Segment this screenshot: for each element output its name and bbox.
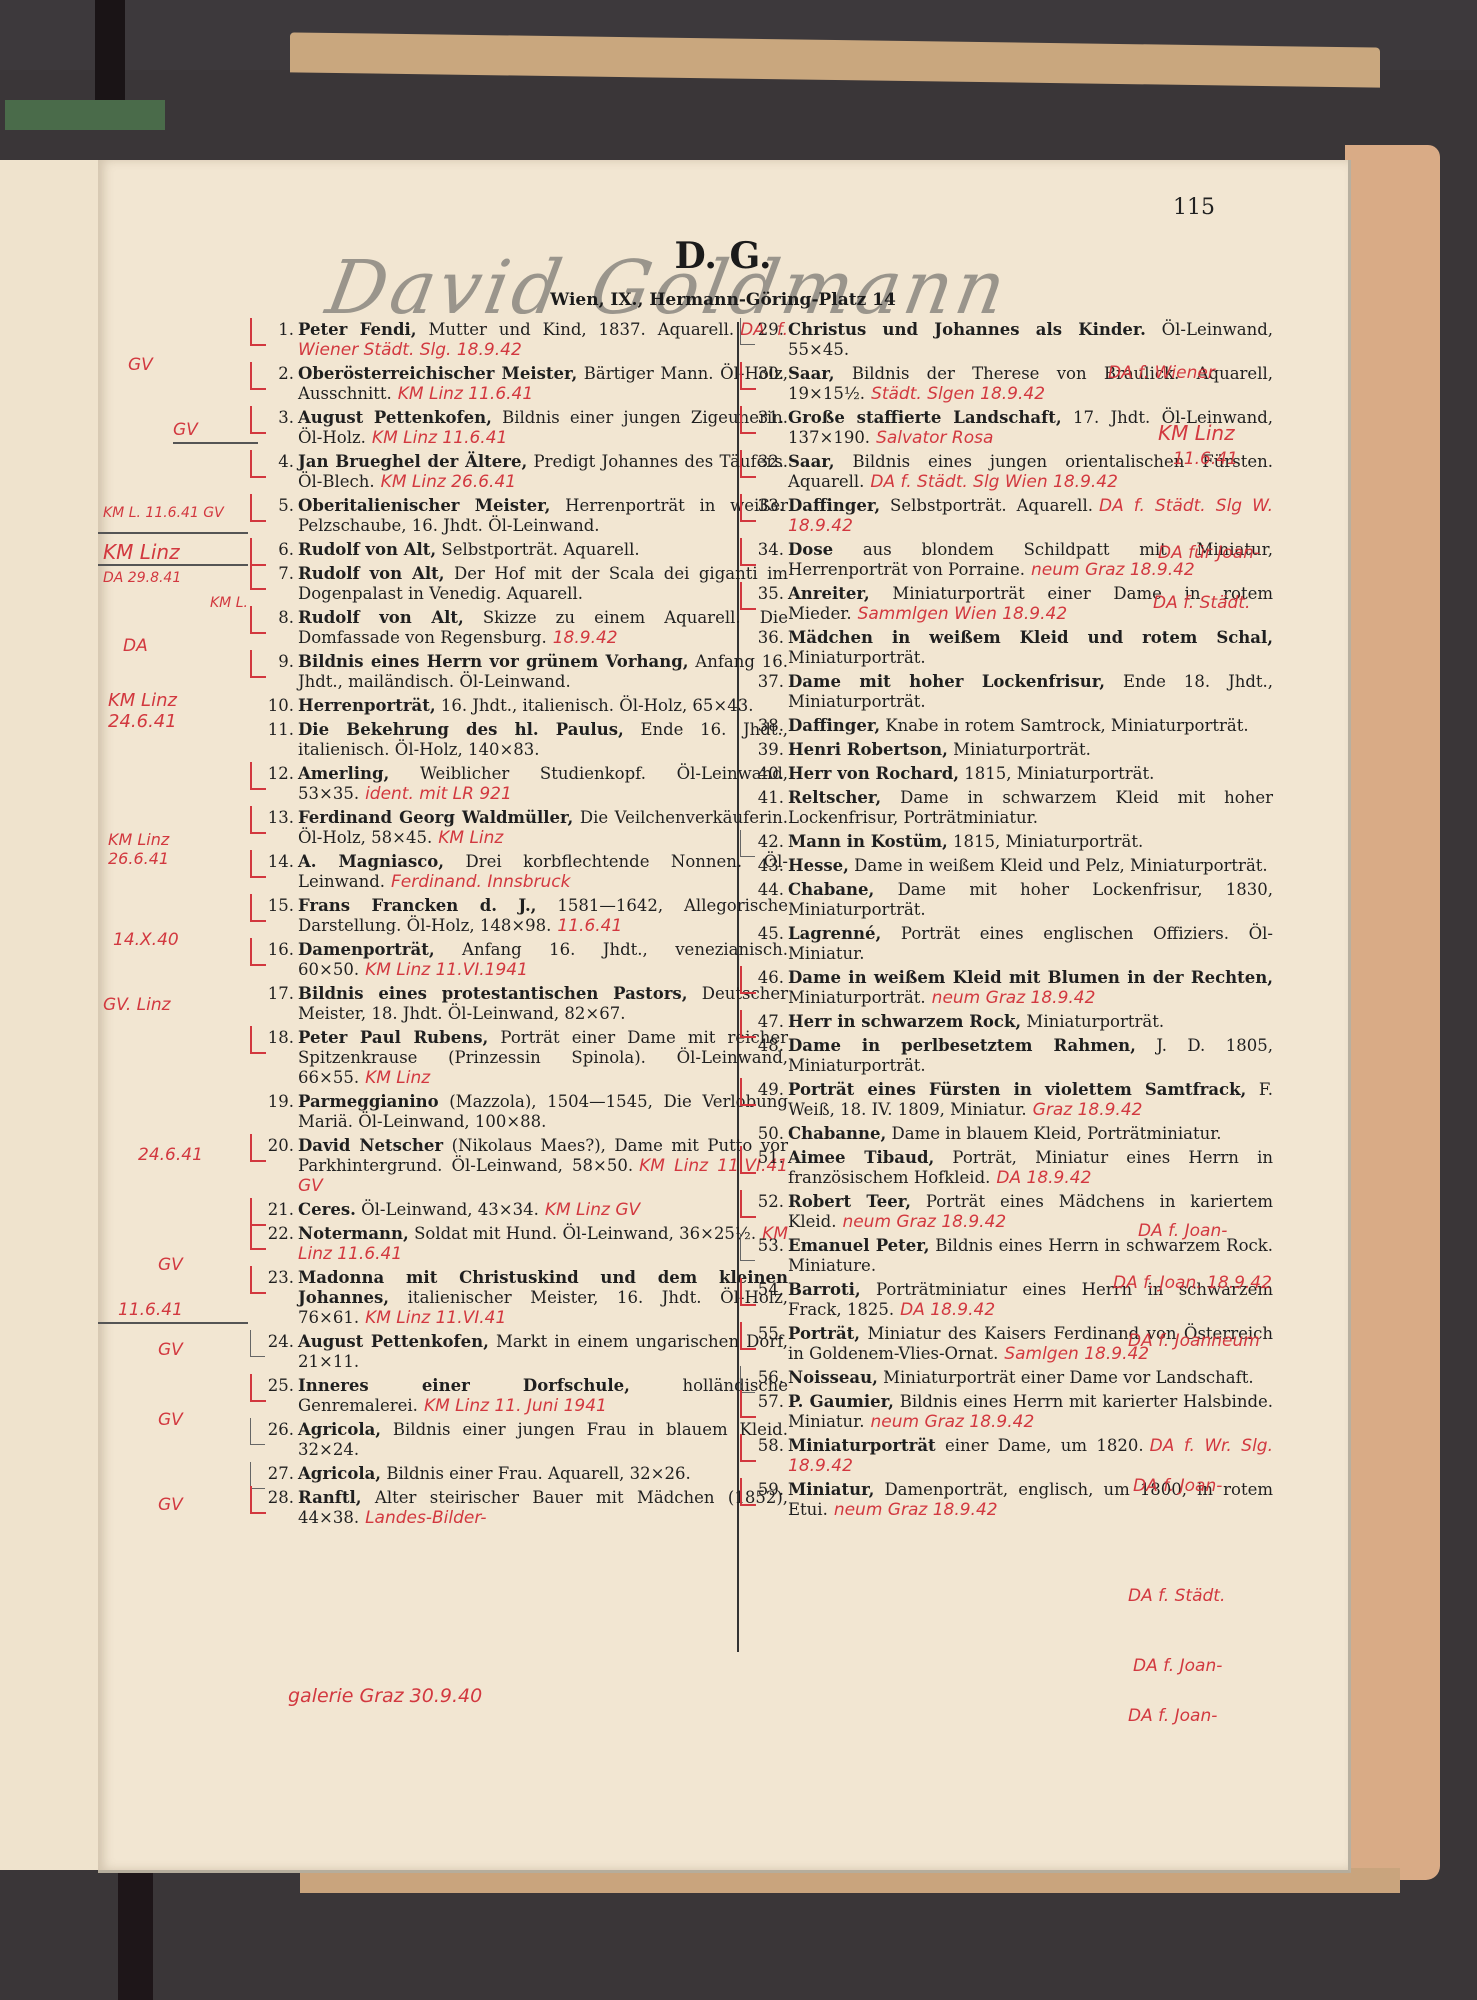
entry-description: 1815, Miniaturporträt. — [964, 764, 1154, 783]
entry-title: Reltscher, — [788, 788, 881, 807]
side-note: DA f. Joan. 18.9.42 — [1113, 1272, 1272, 1294]
entry-number: 5. — [258, 496, 294, 516]
side-note: DA f. Joan- — [1128, 1705, 1217, 1727]
catalog-entry: 11.Die Bekehrung des hl. Paulus, Ende 16… — [258, 720, 788, 760]
entry-description: Dame in blauem Kleid, Porträtminiatur. — [892, 1124, 1222, 1143]
side-note: DA f. Joanneum — [1128, 1330, 1260, 1352]
entry-title: Mädchen in weißem Kleid und rotem Schal, — [788, 628, 1273, 647]
entry-title: Amerling, — [298, 764, 389, 783]
catalog-entry: 26.Agricola, Bildnis einer jungen Frau i… — [258, 1420, 788, 1460]
handwritten-annotation: KM Linz — [438, 828, 503, 848]
entry-description: einer Dame, um 1820. — [945, 1436, 1144, 1455]
section-title: D. G. — [98, 235, 1348, 277]
handwritten-annotation: KM Linz 26.6.41 — [381, 472, 516, 492]
catalog-entry: 43.Hesse, Dame in weißem Kleid und Pelz,… — [748, 856, 1273, 876]
entry-number: 46. — [748, 968, 784, 988]
entry-title: Emanuel Peter, — [788, 1236, 930, 1255]
catalog-entry: 28.Ranftl, Alter steirischer Bauer mit M… — [258, 1488, 788, 1528]
entry-title: Bildnis eines Herrn vor grünem Vorhang, — [298, 652, 688, 671]
catalog-entry: 39.Henri Robertson, Miniaturporträt. — [748, 740, 1273, 760]
margin-note: GV — [158, 1495, 183, 1515]
entry-title: David Netscher — [298, 1136, 443, 1155]
entry-title: Rudolf von Alt, — [298, 564, 445, 583]
bookmark-ribbon — [95, 0, 125, 100]
catalog-entry: 51.Aimee Tibaud, Porträt, Miniatur eines… — [748, 1148, 1273, 1188]
entry-title: August Pettenkofen, — [298, 408, 492, 427]
entry-number: 10. — [258, 696, 294, 716]
entry-number: 58. — [748, 1436, 784, 1456]
entry-title: Aimee Tibaud, — [788, 1148, 934, 1167]
bookmark-ribbon-bottom — [118, 1870, 153, 2000]
catalog-entry: 3.August Pettenkofen, Bildnis einer jung… — [258, 408, 788, 448]
margin-note: GV — [158, 1410, 183, 1430]
entry-title: Herr in schwarzem Rock, — [788, 1012, 1021, 1031]
entry-title: Parmeggianino — [298, 1092, 439, 1111]
catalog-entry: 18.Peter Paul Rubens, Porträt einer Dame… — [258, 1028, 788, 1088]
entry-title: Dame in weißem Kleid mit Blumen in der R… — [788, 968, 1273, 987]
entry-title: Porträt, — [788, 1324, 860, 1343]
entry-number: 16. — [258, 940, 294, 960]
entry-number: 39. — [748, 740, 784, 760]
entry-title: Barroti, — [788, 1280, 861, 1299]
entry-title: Herr von Rochard, — [788, 764, 959, 783]
entry-title: Saar, — [788, 452, 835, 471]
handwritten-footer-note: galerie Graz 30.9.40 — [288, 1685, 482, 1707]
margin-rule — [98, 564, 248, 566]
side-note: DA f. Joan- — [1133, 1475, 1222, 1497]
catalog-entry: 23.Madonna mit Christuskind und dem klei… — [258, 1268, 788, 1328]
handwritten-annotation: Salvator Rosa — [876, 428, 993, 448]
catalog-entry: 25.Inneres einer Dorfschule, holländisch… — [258, 1376, 788, 1416]
handwritten-annotation: neum Graz 18.9.42 — [932, 988, 1096, 1008]
handwritten-annotation: KM Linz 11. Juni 1941 — [424, 1396, 607, 1416]
entry-number: 51. — [748, 1148, 784, 1168]
entry-title: Christus und Johannes als Kinder. — [788, 320, 1146, 339]
margin-note: KM Linz 26.6.41 — [108, 830, 198, 868]
entry-number: 43. — [748, 856, 784, 876]
margin-note: DA 29.8.41 — [103, 570, 181, 586]
catalog-entry: 9.Bildnis eines Herrn vor grünem Vorhang… — [258, 652, 788, 692]
entry-title: Anreiter, — [788, 584, 870, 603]
catalog-entry: 8.Rudolf von Alt, Skizze zu einem Aquare… — [258, 608, 788, 648]
handwritten-annotation: Landes-Bilder- — [365, 1508, 486, 1528]
entry-number: 28. — [258, 1488, 294, 1508]
margin-note: GV — [173, 420, 198, 440]
entry-title: Chabanne, — [788, 1124, 886, 1143]
catalog-entry: 21.Ceres. Öl-Leinwand, 43×34.KM Linz GV — [258, 1200, 788, 1220]
entry-description: 1815, Miniaturporträt. — [953, 832, 1143, 851]
entry-title: Noisseau, — [788, 1368, 878, 1387]
entry-title: Jan Brueghel der Ältere, — [298, 452, 527, 471]
handwritten-annotation: neum Graz 18.9.42 — [842, 1212, 1006, 1232]
entry-number: 24. — [258, 1332, 294, 1352]
entry-title: Die Bekehrung des hl. Paulus, — [298, 720, 624, 739]
handwritten-annotation: KM Linz 11.6.41 — [372, 428, 507, 448]
entry-description: Miniaturporträt. — [788, 988, 926, 1007]
catalog-entry: 36.Mädchen in weißem Kleid und rotem Sch… — [748, 628, 1273, 668]
entry-number: 19. — [258, 1092, 294, 1112]
handwritten-annotation: KM Linz — [365, 1068, 430, 1088]
margin-note: 14.X.40 — [113, 930, 179, 950]
handwritten-annotation: Sammlgen Wien 18.9.42 — [858, 604, 1068, 624]
entry-number: 30. — [748, 364, 784, 384]
side-note: KM Linz — [1158, 422, 1235, 444]
entry-number: 3. — [258, 408, 294, 428]
entry-title: Damenporträt, — [298, 940, 435, 959]
entry-title: Peter Fendi, — [298, 320, 417, 339]
entry-description: Öl-Leinwand, 43×34. — [361, 1200, 539, 1219]
entry-title: Dame in perlbesetztem Rahmen, — [788, 1036, 1136, 1055]
entry-number: 44. — [748, 880, 784, 900]
side-note: DA f. Joan- — [1138, 1220, 1227, 1242]
catalog-entry: 13.Ferdinand Georg Waldmüller, Die Veilc… — [258, 808, 788, 848]
catalog-entry: 27.Agricola, Bildnis einer Frau. Aquarel… — [258, 1464, 788, 1484]
catalog-entry: 37.Dame mit hoher Lockenfrisur, Ende 18.… — [748, 672, 1273, 712]
entry-title: Oberösterreichischer Meister, — [298, 364, 577, 383]
entry-title: Ranftl, — [298, 1488, 362, 1507]
entry-number: 37. — [748, 672, 784, 692]
handwritten-annotation: KM Linz 11.6.41 — [398, 384, 533, 404]
side-note: DA f. Wiener — [1108, 362, 1215, 384]
entry-description: 16. Jhdt., italienisch. Öl-Holz, 65×43. — [441, 696, 754, 715]
entry-number: 54. — [748, 1280, 784, 1300]
entry-number: 41. — [748, 788, 784, 808]
handwritten-annotation: DA 18.9.42 — [900, 1300, 995, 1320]
catalog-entry: 49.Porträt eines Fürsten in violettem Sa… — [748, 1080, 1273, 1120]
entry-title: Notermann, — [298, 1224, 409, 1243]
entry-number: 21. — [258, 1200, 294, 1220]
catalog-entry: 41.Reltscher, Dame in schwarzem Kleid mi… — [748, 788, 1273, 828]
entry-number: 29. — [748, 320, 784, 340]
entry-title: Große staffierte Landschaft, — [788, 408, 1062, 427]
entry-title: Chabane, — [788, 880, 874, 899]
handwritten-annotation: ident. mit LR 921 — [365, 784, 512, 804]
catalog-entry: 12.Amerling, Weiblicher Studienkopf. Öl-… — [258, 764, 788, 804]
entry-number: 55. — [748, 1324, 784, 1344]
entry-title: Daffinger, — [788, 716, 880, 735]
entry-description: Bildnis einer Frau. Aquarell, 32×26. — [386, 1464, 690, 1483]
book-binding-edge — [1345, 145, 1440, 1880]
entry-number: 45. — [748, 924, 784, 944]
entry-number: 42. — [748, 832, 784, 852]
margin-note: GV. Linz — [103, 995, 171, 1015]
entry-number: 59. — [748, 1480, 784, 1500]
entry-number: 1. — [258, 320, 294, 340]
entry-number: 11. — [258, 720, 294, 740]
entry-title: Dose — [788, 540, 833, 559]
entry-title: August Pettenkofen, — [298, 1332, 489, 1351]
entry-number: 25. — [258, 1376, 294, 1396]
entry-number: 7. — [258, 564, 294, 584]
entry-number: 47. — [748, 1012, 784, 1032]
entry-number: 13. — [258, 808, 294, 828]
catalog-entry: 4.Jan Brueghel der Ältere, Predigt Johan… — [258, 452, 788, 492]
handwritten-annotation: Graz 18.9.42 — [1033, 1100, 1143, 1120]
handwritten-annotation: KM Linz GV — [545, 1200, 640, 1220]
catalog-entry: 53.Emanuel Peter, Bildnis eines Herrn in… — [748, 1236, 1273, 1276]
entry-number: 17. — [258, 984, 294, 1004]
entry-title: Peter Paul Rubens, — [298, 1028, 488, 1047]
entry-number: 23. — [258, 1268, 294, 1288]
catalog-entry: 20.David Netscher (Nikolaus Maes?), Dame… — [258, 1136, 788, 1196]
entry-number: 34. — [748, 540, 784, 560]
entry-number: 4. — [258, 452, 294, 472]
margin-rule — [98, 1322, 248, 1324]
entry-number: 35. — [748, 584, 784, 604]
entry-title: A. Magniasco, — [298, 852, 444, 871]
margin-rule — [173, 442, 258, 444]
entry-title: Robert Teer, — [788, 1192, 911, 1211]
catalog-entry: 2.Oberösterreichischer Meister, Bärtiger… — [258, 364, 788, 404]
margin-note: KM Linz — [103, 540, 180, 564]
entry-number: 32. — [748, 452, 784, 472]
entry-title: Porträt eines Fürsten in violettem Samtf… — [788, 1080, 1246, 1099]
entry-number: 26. — [258, 1420, 294, 1440]
catalog-entry: 33.Daffinger, Selbstporträt. Aquarell.DA… — [748, 496, 1273, 536]
side-note: DA für Joan- — [1158, 542, 1260, 564]
entry-title: Rudolf von Alt, — [298, 540, 436, 559]
handwritten-annotation: DA 18.9.42 — [996, 1168, 1091, 1188]
entry-description: Soldat mit Hund. Öl-Leinwand, 36×25½. — [414, 1224, 756, 1243]
entry-number: 31. — [748, 408, 784, 428]
entry-title: Hesse, — [788, 856, 849, 875]
margin-note: GV — [158, 1255, 183, 1275]
entry-description: Knabe in rotem Samtrock, Miniaturporträt… — [885, 716, 1248, 735]
margin-rule — [98, 532, 248, 534]
handwritten-annotation: DA f. Städt. Slg Wien 18.9.42 — [870, 472, 1118, 492]
entry-number: 52. — [748, 1192, 784, 1212]
entry-number: 49. — [748, 1080, 784, 1100]
catalog-entry: 44.Chabane, Dame mit hoher Lockenfrisur,… — [748, 880, 1273, 920]
side-note: DA f. Städt. — [1153, 592, 1250, 614]
entry-title: Lagrenné, — [788, 924, 881, 943]
page-number: 115 — [1173, 195, 1215, 220]
catalog-entry: 16.Damenporträt, Anfang 16. Jhdt., venez… — [258, 940, 788, 980]
handwritten-annotation: Ferdinand. Innsbruck — [391, 872, 570, 892]
entry-number: 8. — [258, 608, 294, 628]
entry-title: Miniatur, — [788, 1480, 874, 1499]
entry-title: Dame mit hoher Lockenfrisur, — [788, 672, 1105, 691]
handwritten-annotation: KM Linz 11.VI.1941 — [365, 960, 528, 980]
entry-title: Daffinger, — [788, 496, 880, 515]
entry-description: Miniaturporträt. — [1026, 1012, 1164, 1031]
entry-number: 20. — [258, 1136, 294, 1156]
catalog-entry: 10.Herrenporträt, 16. Jhdt., italienisch… — [258, 696, 788, 716]
entry-title: Oberitalienischer Meister, — [298, 496, 550, 515]
entry-description: Dame in weißem Kleid und Pelz, Miniaturp… — [854, 856, 1267, 875]
entry-title: Frans Francken d. J., — [298, 896, 536, 915]
catalog-entry: 57.P. Gaumier, Bildnis eines Herrn mit k… — [748, 1392, 1273, 1432]
handwritten-annotation: KM Linz 11.VI.41 — [365, 1308, 506, 1328]
entry-title: Inneres einer Dorfschule, — [298, 1376, 630, 1395]
entry-number: 57. — [748, 1392, 784, 1412]
catalog-entry: 48.Dame in perlbesetztem Rahmen, J. D. 1… — [748, 1036, 1273, 1076]
catalog-entry: 38.Daffinger, Knabe in rotem Samtrock, M… — [748, 716, 1273, 736]
handwritten-annotation: neum Graz 18.9.42 — [834, 1500, 998, 1520]
catalog-entry: 58.Miniaturporträt einer Dame, um 1820.D… — [748, 1436, 1273, 1476]
entry-title: Ceres. — [298, 1200, 356, 1219]
catalog-entry: 42.Mann in Kostüm, 1815, Miniaturporträt… — [748, 832, 1273, 852]
entry-title: Bildnis eines protestantischen Pastors, — [298, 984, 687, 1003]
entry-number: 6. — [258, 540, 294, 560]
catalog-entry: 56.Noisseau, Miniaturporträt einer Dame … — [748, 1368, 1273, 1388]
entry-title: P. Gaumier, — [788, 1392, 894, 1411]
catalog-entry: 5.Oberitalienischer Meister, Herrenportr… — [258, 496, 788, 536]
catalog-entry: 15.Frans Francken d. J., 1581—1642, Alle… — [258, 896, 788, 936]
left-column-list: 1.Peter Fendi, Mutter und Kind, 1837. Aq… — [258, 320, 788, 1532]
entry-number: 53. — [748, 1236, 784, 1256]
catalog-entry: 47.Herr in schwarzem Rock, Miniaturportr… — [748, 1012, 1273, 1032]
entry-number: 22. — [258, 1224, 294, 1244]
entry-title: Herrenporträt, — [298, 696, 436, 715]
entry-number: 38. — [748, 716, 784, 736]
entry-title: Rudolf von Alt, — [298, 608, 464, 627]
side-note: DA f. Städt. — [1128, 1585, 1225, 1607]
entry-number: 9. — [258, 652, 294, 672]
catalog-entry: 22.Notermann, Soldat mit Hund. Öl-Leinwa… — [258, 1224, 788, 1264]
entry-description: Miniaturporträt. — [788, 648, 926, 667]
document-page: David Goldmann 115 D. G. Wien, IX., Herm… — [98, 160, 1351, 1873]
entry-title: Agricola, — [298, 1420, 381, 1439]
catalog-entry: 19.Parmeggianino (Mazzola), 1504—1545, D… — [258, 1092, 788, 1132]
handwritten-annotation: 18.9.42 — [553, 628, 618, 648]
side-note: DA f. Joan- — [1133, 1655, 1222, 1677]
margin-note: KM L. 11.6.41 GV — [103, 505, 224, 521]
entry-number: 27. — [258, 1464, 294, 1484]
handwritten-annotation: Städt. Slgen 18.9.42 — [871, 384, 1045, 404]
catalog-entry: 29.Christus und Johannes als Kinder. Öl-… — [748, 320, 1273, 360]
margin-note: KM L. — [210, 595, 248, 611]
catalog-entry: 6.Rudolf von Alt, Selbstporträt. Aquarel… — [258, 540, 788, 560]
margin-note: 11.6.41 — [118, 1300, 183, 1320]
entry-description: Selbstporträt. Aquarell. — [890, 496, 1093, 515]
entry-title: Ferdinand Georg Waldmüller, — [298, 808, 573, 827]
margin-note: 24.6.41 — [138, 1145, 203, 1165]
entry-description: Selbstporträt. Aquarell. — [441, 540, 639, 559]
entry-number: 48. — [748, 1036, 784, 1056]
entry-title: Agricola, — [298, 1464, 381, 1483]
side-note: 11.6.41 — [1173, 448, 1238, 470]
catalog-entry: 14.A. Magniasco, Drei korbflechtende Non… — [258, 852, 788, 892]
green-tab — [5, 100, 165, 130]
entry-description: Mutter und Kind, 1837. Aquarell. — [429, 320, 735, 339]
entry-number: 18. — [258, 1028, 294, 1048]
catalog-entry: 40.Herr von Rochard, 1815, Miniaturportr… — [748, 764, 1273, 784]
catalog-entry: 50.Chabanne, Dame in blauem Kleid, Portr… — [748, 1124, 1273, 1144]
catalog-entry: 17.Bildnis eines protestantischen Pastor… — [258, 984, 788, 1024]
entry-description: Miniaturporträt einer Dame vor Landschaf… — [883, 1368, 1254, 1387]
entry-number: 56. — [748, 1368, 784, 1388]
entry-title: Saar, — [788, 364, 835, 383]
entry-number: 36. — [748, 628, 784, 648]
margin-note: GV — [158, 1340, 183, 1360]
entry-number: 12. — [258, 764, 294, 784]
entry-number: 33. — [748, 496, 784, 516]
entry-title: Henri Robertson, — [788, 740, 948, 759]
margin-note: KM Linz 24.6.41 — [108, 690, 198, 732]
catalog-entry: 45.Lagrenné, Porträt eines englischen Of… — [748, 924, 1273, 964]
entry-description: Miniaturporträt. — [953, 740, 1091, 759]
catalog-entry: 24.August Pettenkofen, Markt in einem un… — [258, 1332, 788, 1372]
entry-title: Miniaturporträt — [788, 1436, 936, 1455]
entry-number: 50. — [748, 1124, 784, 1144]
entry-number: 15. — [258, 896, 294, 916]
catalog-entry: 1.Peter Fendi, Mutter und Kind, 1837. Aq… — [258, 320, 788, 360]
handwritten-annotation: neum Graz 18.9.42 — [871, 1412, 1035, 1432]
margin-note: DA — [123, 636, 148, 656]
entry-title: Mann in Kostüm, — [788, 832, 948, 851]
handwritten-annotation: 11.6.41 — [557, 916, 622, 936]
owner-address: Wien, IX., Hermann-Göring-Platz 14 — [98, 290, 1348, 310]
entry-number: 2. — [258, 364, 294, 384]
catalog-entry: 7.Rudolf von Alt, Der Hof mit der Scala … — [258, 564, 788, 604]
entry-number: 14. — [258, 852, 294, 872]
catalog-entry: 46.Dame in weißem Kleid mit Blumen in de… — [748, 968, 1273, 1008]
facing-page-edge — [0, 160, 98, 1870]
margin-note: GV — [128, 355, 153, 375]
entry-number: 40. — [748, 764, 784, 784]
